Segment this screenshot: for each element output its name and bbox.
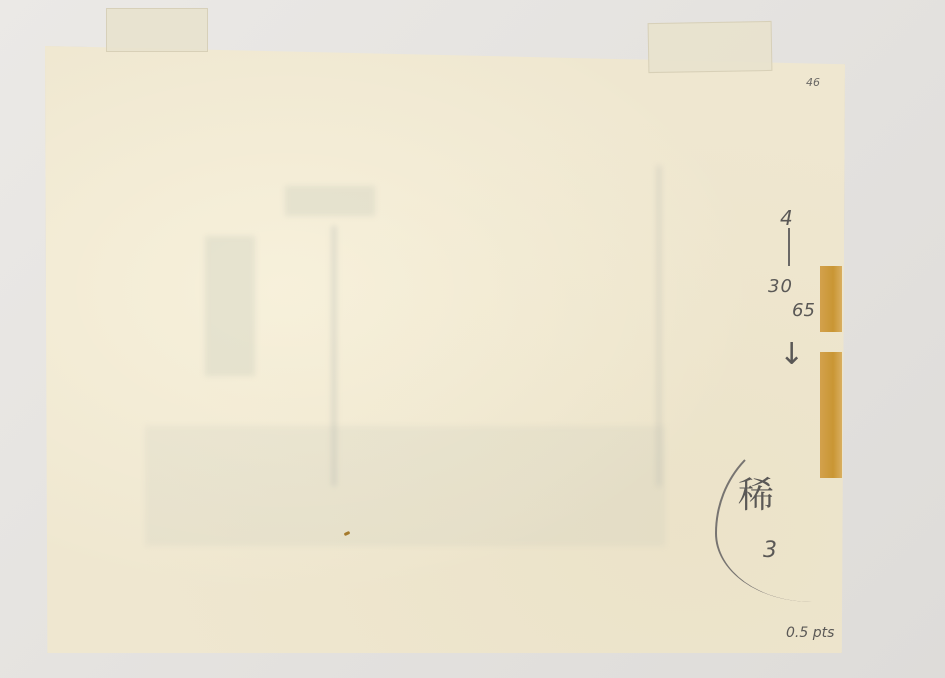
ink-showthrough: [285, 186, 375, 216]
note-number-mid: 30: [768, 278, 793, 296]
masking-tape-left: [106, 8, 208, 52]
note-number-top: 4: [780, 208, 793, 228]
bottom-note: 0.5 pts: [786, 626, 834, 640]
pencil-line: [788, 228, 790, 266]
brown-tape-bottom: [820, 352, 842, 478]
ink-showthrough: [145, 426, 665, 546]
masking-tape-right: [648, 21, 773, 73]
ink-showthrough: [205, 236, 255, 376]
kanji-note: 稀: [738, 478, 774, 514]
brown-tape-top: [820, 266, 842, 332]
kanji-number: 3: [763, 540, 777, 562]
arrow-down-icon: ↓: [779, 340, 804, 370]
note-number-mid-2: 65: [792, 302, 815, 320]
page-number: 46: [806, 77, 820, 88]
